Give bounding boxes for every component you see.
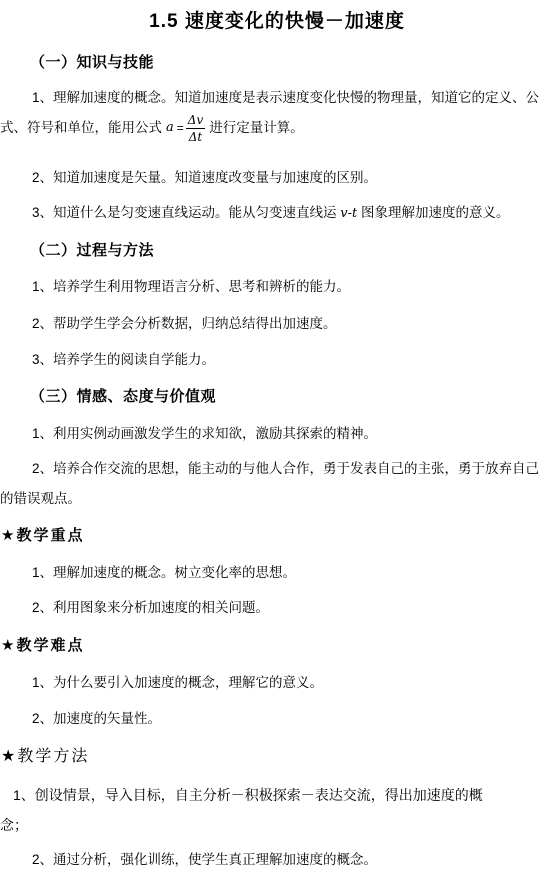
- knowledge-item-2: 2、知道加速度是矢量。知道速度改变量与加速度的区别。: [32, 170, 377, 186]
- knowledge-item-1-line-2: 式、符号和单位，能用公式 a = Δv Δt 进行定量计算。: [0, 108, 304, 148]
- key-point-item-2: 2、利用图象来分析加速度的相关问题。: [32, 600, 269, 616]
- method-item-2: 2、通过分析，强化训练，使学生真正理解加速度的概念。: [32, 852, 377, 868]
- method-item-1-line-1: 1、创设情景，导入目标，自主分析－积极探索－表达交流，得出加速度的概: [13, 787, 483, 803]
- knowledge-item-1-line-1: 1、理解加速度的概念。知道加速度是表示速度变化快慢的物理量，知道它的定义、公: [32, 90, 539, 106]
- process-item-2: 2、帮助学生学会分析数据，归纳总结得出加速度。: [32, 316, 337, 332]
- formula-denominator: Δt: [189, 129, 203, 144]
- formula-numerator: Δv: [186, 113, 205, 129]
- process-item-3: 3、培养学生的阅读自学能力。: [32, 352, 215, 368]
- document-page: 1.5 速度变化的快慢－加速度 （一）知识与技能 1、理解加速度的概念。知道加速…: [0, 0, 554, 878]
- knowledge-item-3-prefix: 3、知道什么是匀变速直线运动。能从匀变速直线运: [32, 205, 340, 220]
- emotion-item-2-line-2: 的错误观点。: [0, 491, 81, 507]
- heading-teaching-methods: ★教学方法: [1, 747, 89, 766]
- process-item-1: 1、培养学生利用物理语言分析、思考和辨析的能力。: [32, 279, 350, 295]
- formula-line-prefix: 式、符号和单位，能用公式: [0, 120, 162, 136]
- heading-knowledge-skills: （一）知识与技能: [30, 54, 154, 72]
- emotion-item-1: 1、利用实例动画激发学生的求知欲，激励其探索的精神。: [32, 426, 377, 442]
- knowledge-item-3: 3、知道什么是匀变速直线运动。能从匀变速直线运 v-t 图象理解加速度的意义。: [32, 205, 510, 222]
- emotion-item-2-line-1: 2、培养合作交流的思想，能主动的与他人合作，勇于发表自己的主张，勇于放弃自己: [32, 461, 539, 477]
- formula-line-suffix: 进行定量计算。: [209, 120, 304, 136]
- heading-teaching-key-points: ★教学重点: [1, 527, 84, 545]
- formula-variable: a: [166, 120, 174, 136]
- acceleration-formula: a = Δv Δt: [166, 113, 205, 144]
- method-item-1-line-2: 念；: [0, 817, 28, 833]
- formula-equals-sign: =: [177, 120, 184, 136]
- difficulty-item-2: 2、加速度的矢量性。: [32, 711, 161, 727]
- vt-graph-symbol: v-t: [340, 206, 357, 221]
- difficulty-item-1: 1、为什么要引入加速度的概念，理解它的意义。: [32, 675, 323, 691]
- heading-process-methods: （二）过程与方法: [30, 242, 154, 260]
- knowledge-item-3-suffix: 图象理解加速度的意义。: [357, 205, 509, 220]
- page-title: 1.5 速度变化的快慢－加速度: [0, 11, 554, 33]
- heading-teaching-difficulties: ★教学难点: [1, 637, 84, 655]
- heading-emotion-values: （三）情感、态度与价值观: [30, 388, 216, 406]
- formula-fraction: Δv Δt: [186, 113, 205, 144]
- key-point-item-1: 1、理解加速度的概念。树立变化率的思想。: [32, 565, 296, 581]
